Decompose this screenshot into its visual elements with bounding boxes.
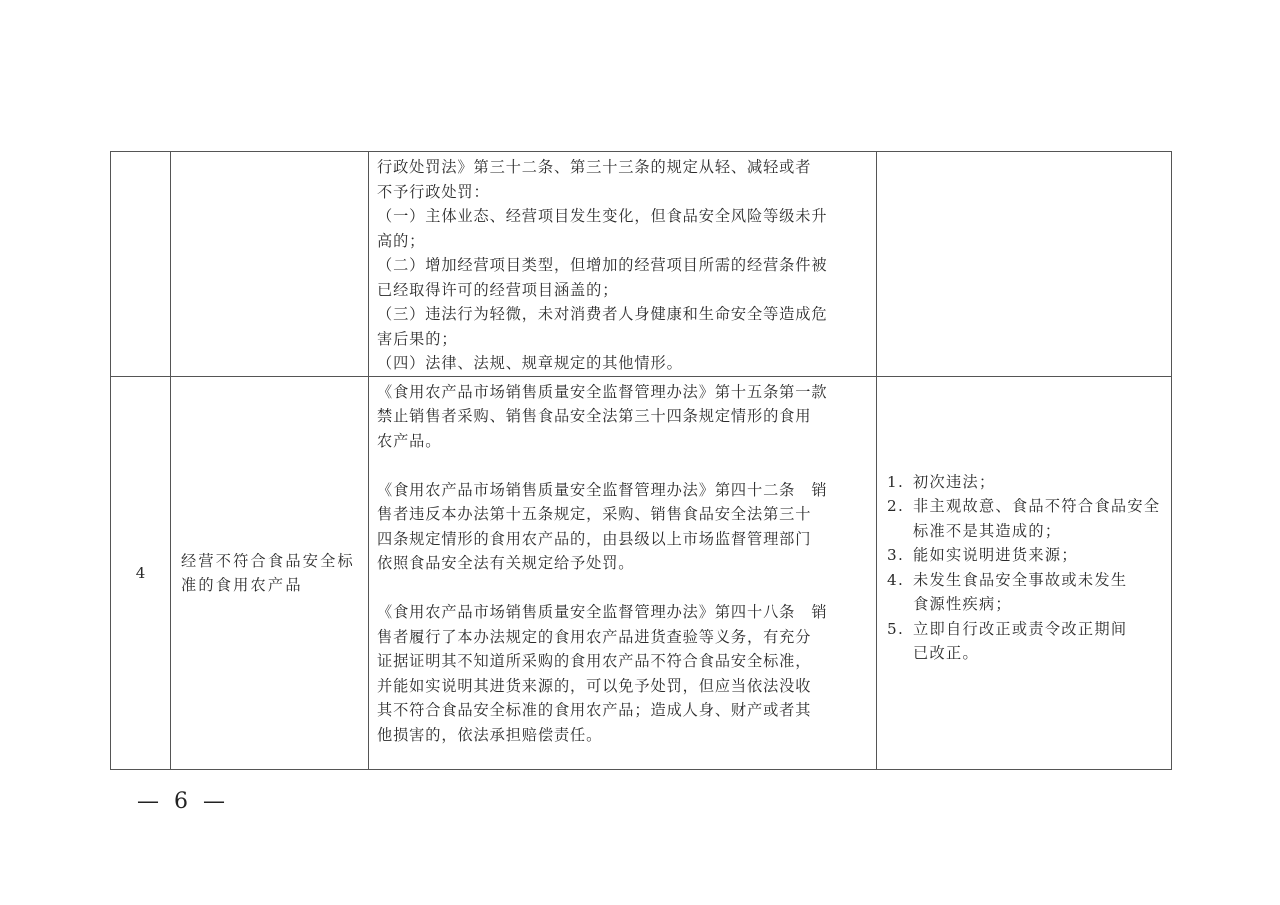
legal-basis-cell: 《食用农产品市场销售质量安全监督管理办法》第十五条第一款 禁止销售者采购、销售食… bbox=[369, 376, 877, 769]
condition-item: 4. 未发生食品安全事故或未发生 bbox=[887, 568, 1171, 593]
conditions-cell: 1. 初次违法； 2. 非主观故意、食品不符合食品安全 标准不是其造成的； 3.… bbox=[877, 376, 1172, 769]
basis-line: 害后果的； bbox=[377, 327, 870, 352]
legal-basis-cell: 行政处罚法》第三十二条、第三十三条的规定从轻、减轻或者 不予行政处罚： （一）主… bbox=[369, 152, 877, 377]
basis-line: （三）违法行为轻微，未对消费者人身健康和生命安全等造成危 bbox=[377, 302, 870, 327]
condition-item: 1. 初次违法； bbox=[887, 470, 1171, 495]
basis-line: 售者违反本办法第十五条规定，采购、销售食品安全法第三十 bbox=[377, 502, 870, 527]
condition-continuation: 食源性疾病； bbox=[887, 592, 1171, 617]
basis-line: 不予行政处罚： bbox=[377, 180, 870, 205]
basis-line: 并能如实说明其进货来源的，可以免予处罚，但应当依法没收 bbox=[377, 674, 870, 699]
basis-line: 行政处罚法》第三十二条、第三十三条的规定从轻、减轻或者 bbox=[377, 155, 870, 180]
basis-line: 《食用农产品市场销售质量安全监督管理办法》第四十八条 销 bbox=[377, 600, 870, 625]
basis-line: 已经取得许可的经营项目涵盖的； bbox=[377, 278, 870, 303]
basis-line: （一）主体业态、经营项目发生变化，但食品安全风险等级未升 bbox=[377, 204, 870, 229]
basis-line: 《食用农产品市场销售质量安全监督管理办法》第十五条第一款 bbox=[377, 380, 870, 405]
conditions-cell bbox=[877, 152, 1172, 377]
basis-line: 四条规定情形的食用农产品的，由县级以上市场监督管理部门 bbox=[377, 527, 870, 552]
table-row-4: 4 经营不符合食品安全标准的食用农产品 《食用农产品市场销售质量安全监督管理办法… bbox=[111, 376, 1172, 769]
basis-line: 禁止销售者采购、销售食品安全法第三十四条规定情形的食用 bbox=[377, 404, 870, 429]
condition-item: 3. 能如实说明进货来源； bbox=[887, 543, 1171, 568]
item-cell bbox=[171, 152, 369, 377]
basis-line: （二）增加经营项目类型，但增加的经营项目所需的经营条件被 bbox=[377, 253, 870, 278]
basis-line: 依照食品安全法有关规定给予处罚。 bbox=[377, 551, 870, 576]
basis-line: 售者履行了本办法规定的食用农产品进货查验等义务，有充分 bbox=[377, 625, 870, 650]
condition-item: 2. 非主观故意、食品不符合食品安全 bbox=[887, 494, 1171, 519]
row-number-cell bbox=[111, 152, 171, 377]
item-cell: 经营不符合食品安全标准的食用农产品 bbox=[171, 376, 369, 769]
basis-line: 证据证明其不知道所采购的食用农产品不符合食品安全标准， bbox=[377, 649, 870, 674]
condition-item: 5. 立即自行改正或责令改正期间 bbox=[887, 617, 1171, 642]
table-row-continued: 行政处罚法》第三十二条、第三十三条的规定从轻、减轻或者 不予行政处罚： （一）主… bbox=[111, 152, 1172, 377]
basis-line: 其不符合食品安全标准的食用农产品；造成人身、财产或者其 bbox=[377, 698, 870, 723]
basis-line: 《食用农产品市场销售质量安全监督管理办法》第四十二条 销 bbox=[377, 478, 870, 503]
row-number-cell: 4 bbox=[111, 376, 171, 769]
page-number: — 6 — bbox=[137, 789, 229, 814]
basis-line: （四）法律、法规、规章规定的其他情形。 bbox=[377, 351, 870, 376]
penalty-exemption-table: 行政处罚法》第三十二条、第三十三条的规定从轻、减轻或者 不予行政处罚： （一）主… bbox=[110, 151, 1172, 770]
condition-continuation: 已改正。 bbox=[887, 641, 1171, 666]
basis-line: 农产品。 bbox=[377, 429, 870, 454]
basis-line: 高的； bbox=[377, 229, 870, 254]
basis-line: 他损害的，依法承担赔偿责任。 bbox=[377, 723, 870, 748]
condition-continuation: 标准不是其造成的； bbox=[887, 519, 1171, 544]
document-page: 行政处罚法》第三十二条、第三十三条的规定从轻、减轻或者 不予行政处罚： （一）主… bbox=[0, 0, 1280, 905]
